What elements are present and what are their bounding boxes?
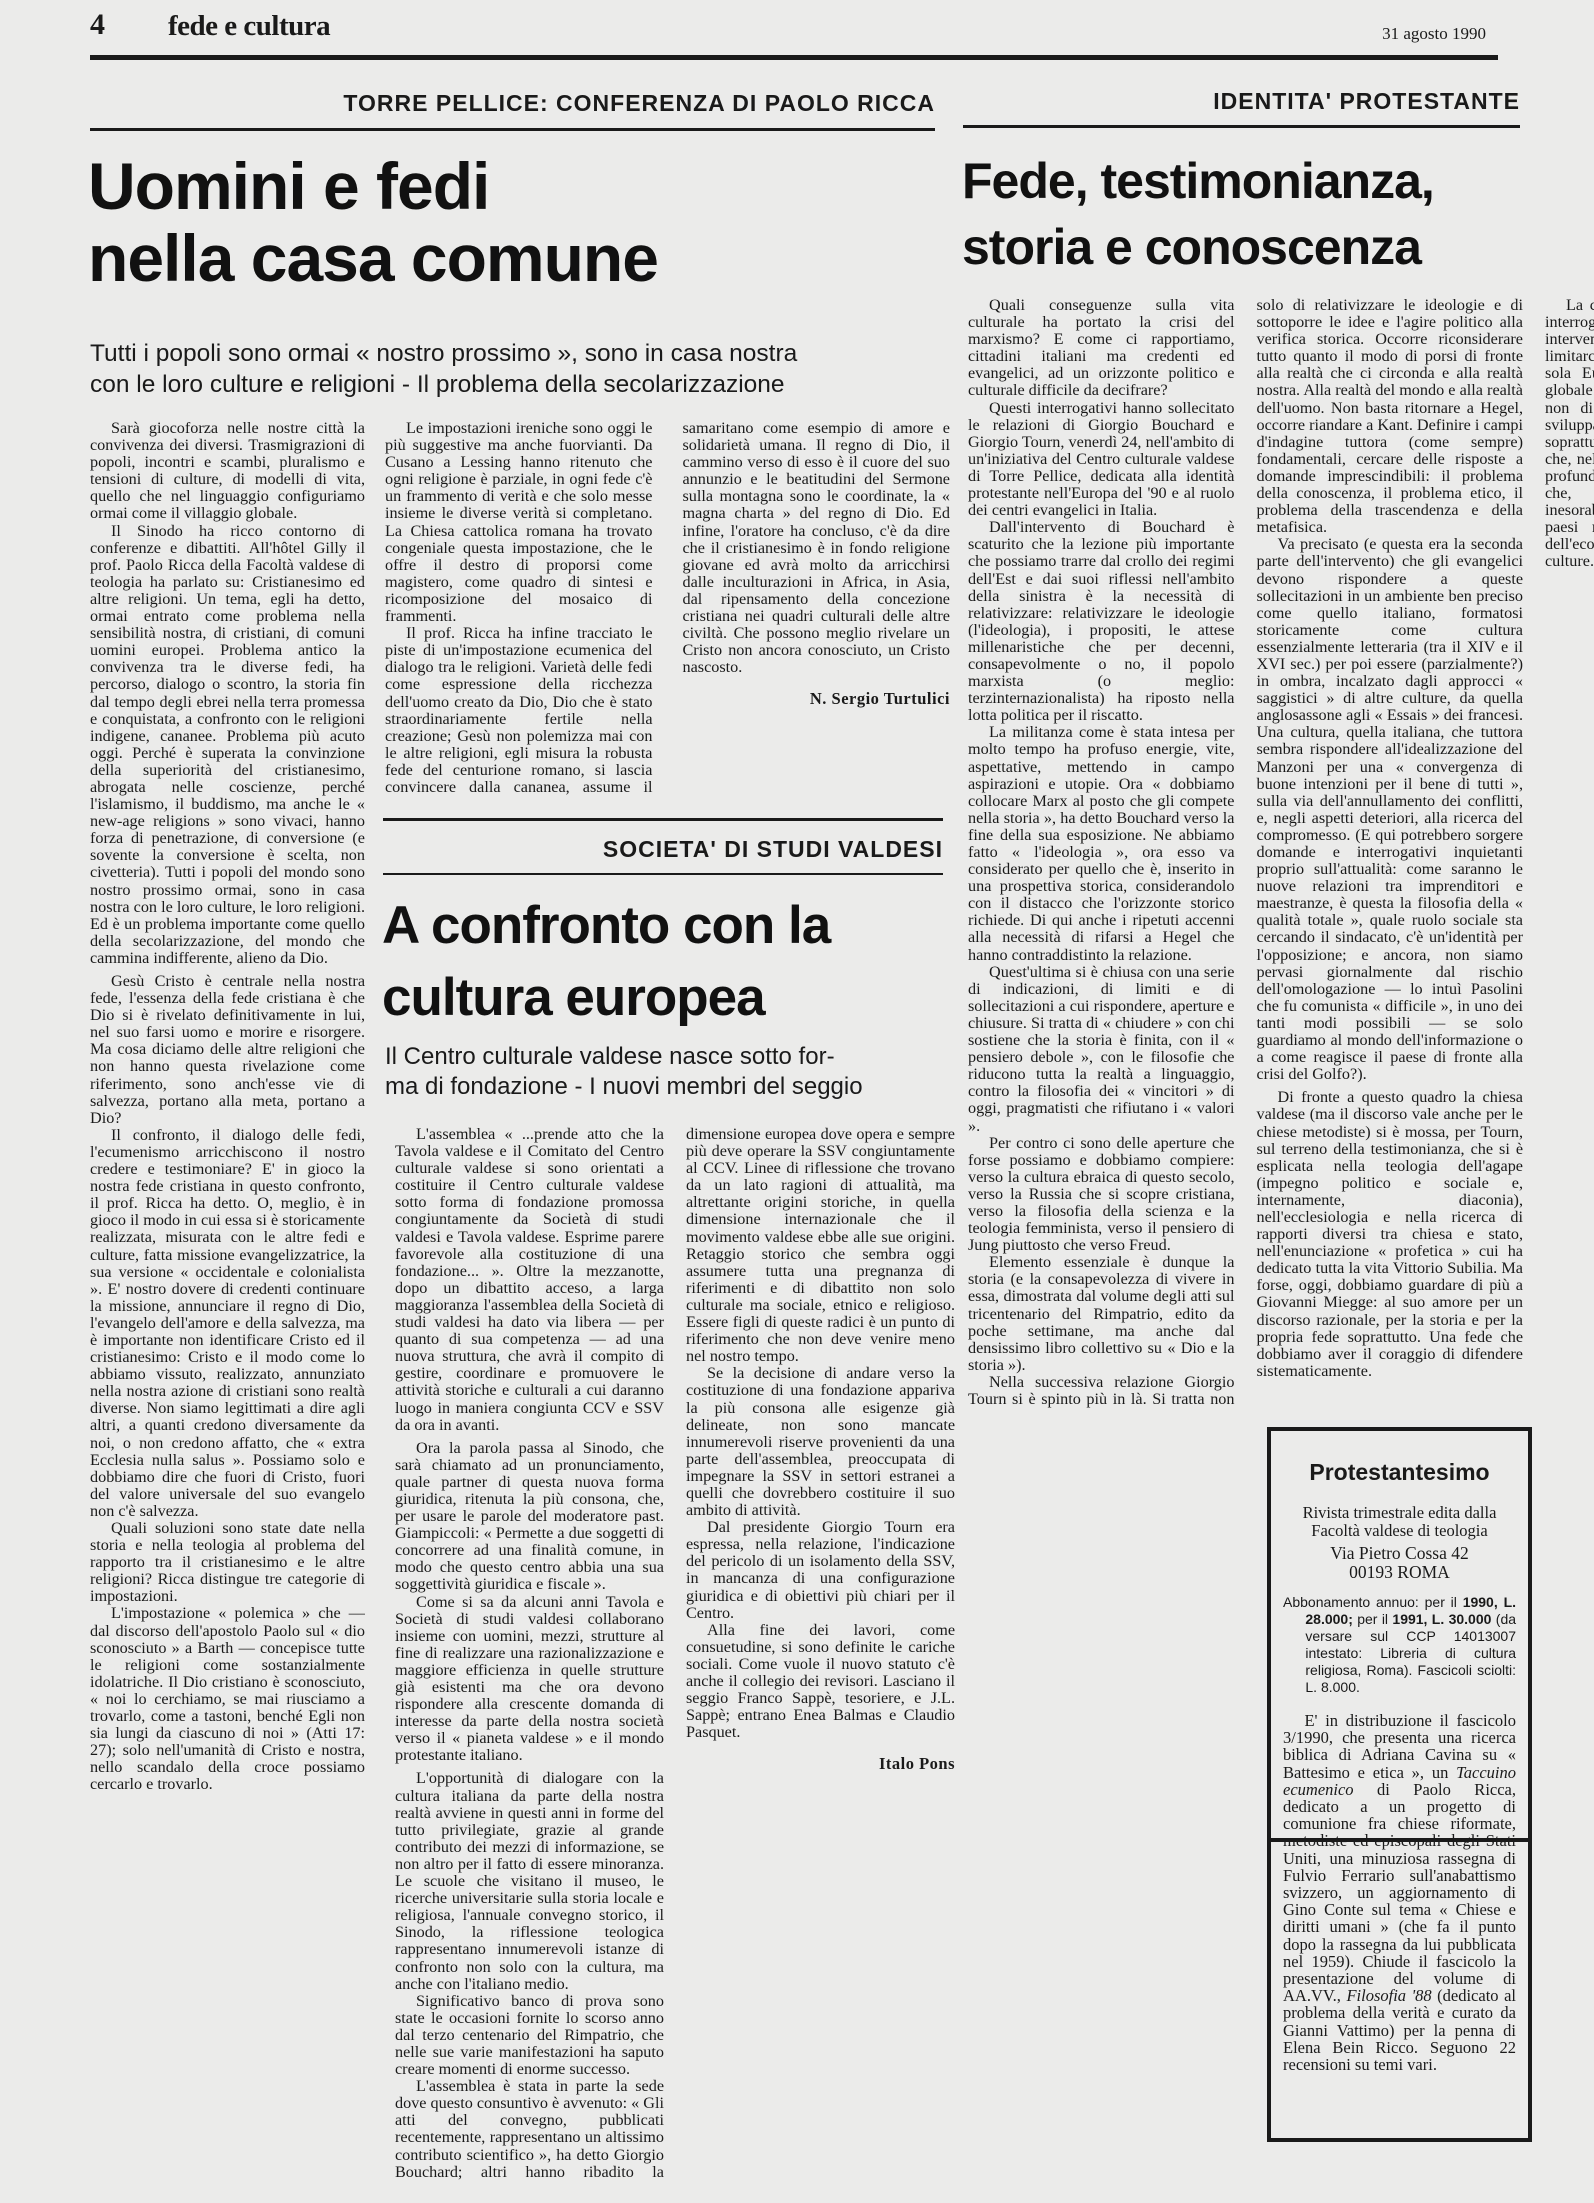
article1-paragraph: Il confronto, il dialogo delle fedi, l'e…: [90, 1127, 365, 1520]
article3-headline-line2: storia e conoscenza: [962, 214, 1434, 280]
article3-headline: Fede, testimonianza, storia e conoscenza: [962, 148, 1434, 280]
article1-headline: Uomini e fedi nella casa comune: [88, 150, 658, 294]
section-title: fede e cultura: [168, 10, 330, 43]
box-description-line2: Facoltà valdese di teologia: [1283, 1522, 1516, 1540]
article3-columns-top: Quali conseguenze sulla vita culturale h…: [968, 297, 1523, 1412]
article1-kicker-rule: [90, 128, 935, 131]
protestantesimo-box: Protestantesimo Rivista trimestrale edit…: [1267, 1427, 1532, 1842]
article1-deck: Tutti i popoli sono ormai « nostro pross…: [90, 338, 940, 400]
article1-kicker: TORRE PELLICE: CONFERENZA DI PAOLO RICCA: [90, 90, 935, 117]
article1-paragraph: Le impostazioni ireniche sono oggi le pi…: [385, 420, 653, 625]
article3-paragraph: Quest'ultima si è chiusa con una serie d…: [968, 964, 1235, 1135]
article3-paragraph: La carne al fuoco era tanta, tante le in…: [1545, 297, 1594, 571]
article3-kicker-rule: [963, 125, 1520, 128]
article3-paragraph: La militanza come è stata intesa per mol…: [968, 724, 1235, 963]
article2-kicker-rule: [383, 873, 943, 875]
masthead-rule: [90, 55, 1498, 60]
article1-byline: N. Sergio Turtulici: [683, 690, 951, 707]
article2-kicker: SOCIETA' DI STUDI VALDESI: [383, 836, 943, 863]
box-address-city: 00193 ROMA: [1283, 1563, 1516, 1582]
article2-deck: Il Centro culturale valdese nasce sotto …: [385, 1042, 950, 1102]
article2-deck-line1: Il Centro culturale valdese nasce sotto …: [385, 1042, 950, 1072]
box-title: Protestantesimo: [1283, 1459, 1516, 1486]
box-description-line1: Rivista trimestrale edita dalla: [1283, 1504, 1516, 1522]
article2-paragraph: L'opportunità di dialogare con la cultur…: [395, 1770, 664, 1992]
article3-paragraph: Elemento essenziale è dunque la storia (…: [968, 1254, 1235, 1374]
article3-headline-line1: Fede, testimonianza,: [962, 148, 1434, 214]
article1-paragraph: Il Sinodo ha ricco contorno di conferenz…: [90, 523, 365, 967]
protestantesimo-box-frame: [1267, 1842, 1532, 2142]
article3-paragraph: Questi interrogativi hanno sollecitato l…: [968, 400, 1235, 520]
article1-paragraph: Sarà giocoforza nelle nostre città la co…: [90, 420, 365, 523]
article1-columns-2-3: Le impostazioni ireniche sono oggi le pi…: [385, 420, 950, 800]
article3-paragraph: Di fronte a questo quadro la chiesa vald…: [1257, 1089, 1524, 1380]
article3-paragraph: Per contro ci sono delle aperture che fo…: [968, 1135, 1235, 1255]
article2-deck-line2: ma di fondazione - I nuovi membri del se…: [385, 1072, 950, 1102]
article2-byline: Italo Pons: [686, 1755, 955, 1772]
issue-date: 31 agosto 1990: [1382, 24, 1486, 44]
article2-headline: A confronto con la cultura europea: [382, 890, 830, 1034]
article3-byline: Alberto Corsani: [1545, 585, 1594, 602]
article3-paragraph: Va precisato (e questa era la seconda pa…: [1257, 536, 1524, 1083]
article2-top-rule: [383, 818, 943, 821]
article2-paragraph: Significativo banco di prova sono state …: [395, 1993, 664, 2078]
article1-deck-line1: Tutti i popoli sono ormai « nostro pross…: [90, 338, 940, 369]
article2-paragraph: Dal presidente Giorgio Tourn era espress…: [686, 1519, 955, 1622]
article2-headline-line2: cultura europea: [382, 962, 830, 1034]
article2-paragraph: Come si sa da alcuni anni Tavola e Socie…: [395, 1594, 664, 1765]
article2-paragraph: Ora la parola passa al Sinodo, che sarà …: [395, 1440, 664, 1594]
box-address-street: Via Pietro Cossa 42: [1283, 1544, 1516, 1563]
article2-paragraph: Se la decisione di andare verso la costi…: [686, 1365, 955, 1519]
article1-paragraph: Quali soluzioni sono state date nella st…: [90, 1520, 365, 1605]
article1-paragraph: L'impostazione « polemica » che — dal di…: [90, 1605, 365, 1793]
article2-headline-line1: A confronto con la: [382, 890, 830, 962]
article1-headline-line1: Uomini e fedi: [88, 150, 658, 222]
article3-paragraph: Dall'intervento di Bouchard è scaturito …: [968, 519, 1235, 724]
article3-paragraph: Quali conseguenze sulla vita culturale h…: [968, 297, 1235, 400]
article1-column-1: Sarà giocoforza nelle nostre città la co…: [90, 420, 365, 2180]
page-number: 4: [90, 8, 105, 42]
article1-paragraph: Gesù Cristo è centrale nella nostra fede…: [90, 973, 365, 1127]
newspaper-page: 4 fede e cultura 31 agosto 1990 TORRE PE…: [0, 0, 1594, 2203]
article2-paragraph: L'assemblea « ...prende atto che la Tavo…: [395, 1126, 664, 1434]
article2-paragraph: Alla fine dei lavori, come consuetudine,…: [686, 1622, 955, 1742]
article1-headline-line2: nella casa comune: [88, 222, 658, 294]
box-subscription-info: Abbonamento annuo: per il 1990, L. 28.00…: [1283, 1594, 1516, 1696]
article1-deck-line2: con le loro culture e religioni - Il pro…: [90, 369, 940, 400]
article2-columns: L'assemblea « ...prende atto che la Tavo…: [395, 1126, 955, 2186]
article3-kicker: IDENTITA' PROTESTANTE: [963, 88, 1520, 115]
